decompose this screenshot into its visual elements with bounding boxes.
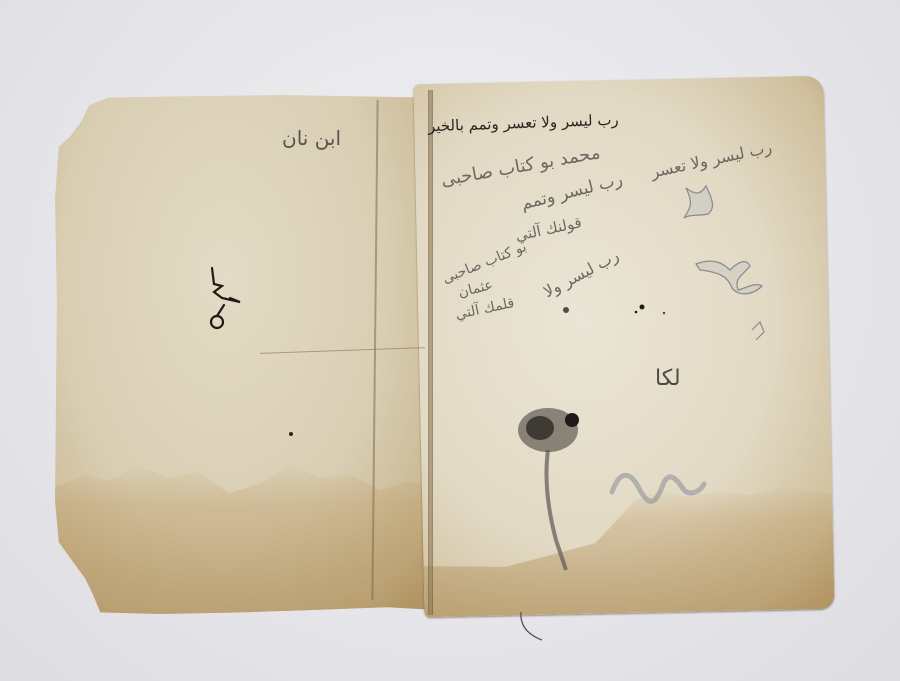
book-spine	[428, 90, 433, 615]
right-page	[413, 76, 834, 617]
water-stain	[422, 481, 835, 617]
manuscript-line: لکا	[655, 368, 681, 390]
left-page-heading: ابن نان	[282, 128, 341, 148]
water-stain	[55, 459, 433, 615]
